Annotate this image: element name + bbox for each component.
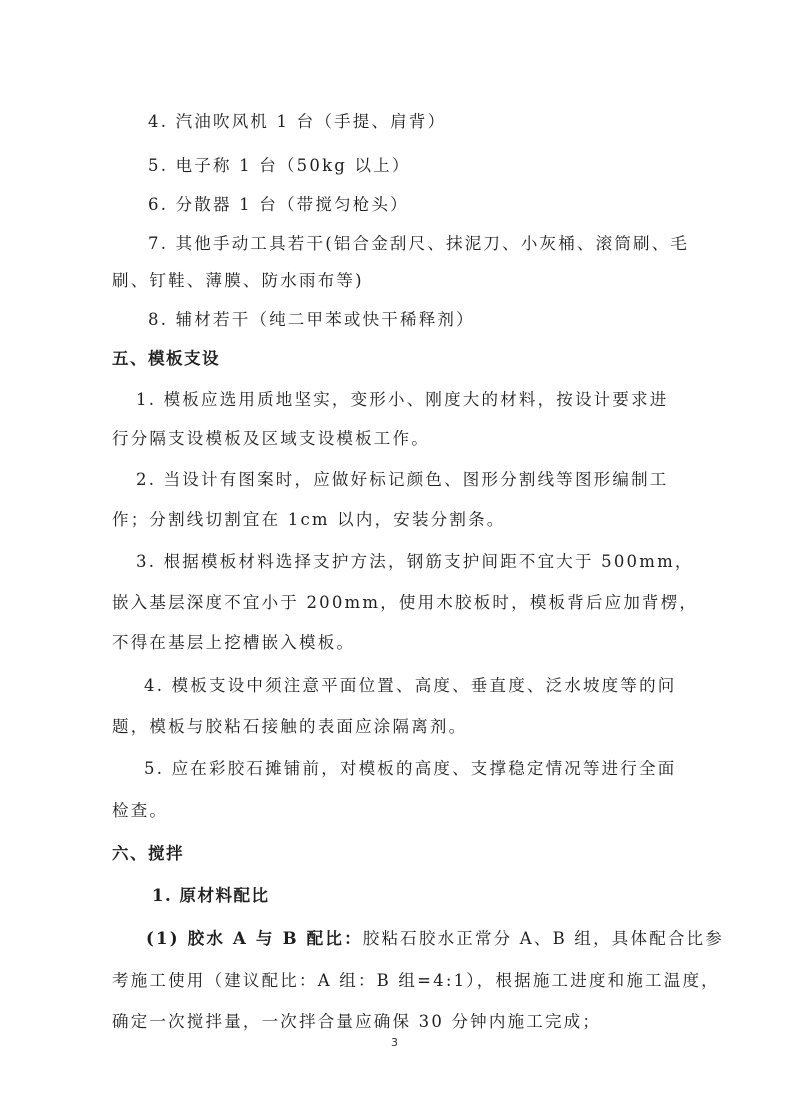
list-item-5: 5. 电子称 1 台（50kg 以上） [148,152,411,176]
paragraph-5-2-cont: 作；分割线切割宜在 1cm 以内，安装分割条。 [112,506,505,530]
paragraph-5-5: 5. 应在彩胶石摊铺前，对模板的高度、支撑稳定情况等进行全面 [144,755,677,779]
list-item-8: 8. 辅材若干（纯二甲苯或快干稀释剂） [148,306,475,330]
list-item-6: 6. 分散器 1 台（带搅匀枪头） [148,191,409,215]
section-heading-5: 五、模板支设 [112,345,220,369]
section-heading-6: 六、搅拌 [112,840,184,864]
paragraph-5-3-cont2: 不得在基层上挖槽嵌入模板。 [112,629,355,653]
paragraph-6-1-1-cont1: 考施工使用（建议配比：A 组：B 组=4:1），根据施工进度和施工温度， [112,967,720,991]
list-item-4: 4. 汽油吹风机 1 台（手提、肩背） [148,108,446,132]
paragraph-6-1-1: (1) 胶水 A 与 B 配比：胶粘石胶水正常分 A、B 组，具体配合比参 [146,925,724,949]
paragraph-5-5-cont: 检查。 [112,797,168,821]
paragraph-5-4: 4. 模板支设中须注意平面位置、高度、垂直度、泛水坡度等的问 [144,672,677,696]
paragraph-body: 胶粘石胶水正常分 A、B 组，具体配合比参 [363,929,724,948]
paragraph-5-1-cont: 行分隔支设模板及区域支设模板工作。 [112,425,430,449]
page-number: 3 [391,1036,398,1049]
paragraph-5-4-cont: 题，模板与胶粘石接触的表面应涂隔离剂。 [112,713,467,737]
paragraph-5-3: 3. 根据模板材料选择支护方法，钢筋支护间距不宜大于 500mm， [136,548,694,572]
paragraph-6-1-1-cont2: 确定一次搅拌量，一次拌合量应确保 30 分钟内施工完成； [112,1008,601,1032]
paragraph-5-3-cont1: 嵌入基层深度不宜小于 200mm，使用木胶板时，模板背后应加背楞， [112,589,698,613]
paragraph-5-1: 1. 模板应选用质地坚实，变形小、刚度大的材料，按设计要求进 [136,386,669,410]
list-item-7-cont: 刷、钉鞋、薄膜、防水雨布等) [112,267,364,291]
list-item-7: 7. 其他手动工具若干(铝合金刮尺、抹泥刀、小灰桶、滚筒刷、毛 [148,230,689,254]
paragraph-lead: (1) 胶水 A 与 B 配比： [146,929,363,948]
paragraph-5-2: 2. 当设计有图案时，应做好标记颜色、图形分割线等图形编制工 [136,466,669,490]
subsection-heading-6-1: 1. 原材料配比 [152,882,269,906]
